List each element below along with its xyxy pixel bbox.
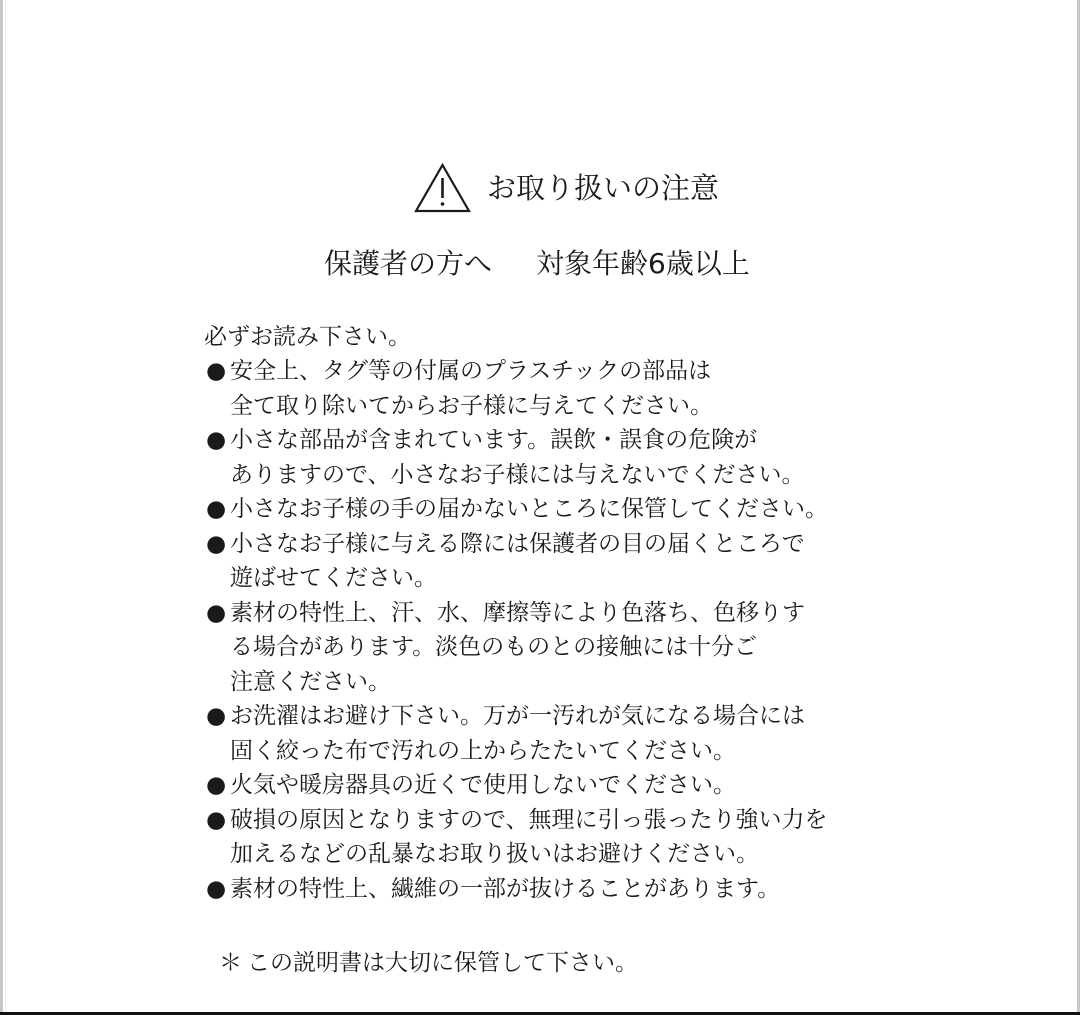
caution-item: ● 素材の特性上、繊維の一部が抜けることがあります。 bbox=[204, 872, 904, 907]
bullet-icon: ● bbox=[206, 699, 226, 734]
footer-note: ＊この説明書は大切に保管して下さい。 bbox=[219, 946, 638, 980]
caution-line: 小さなお子様に与える際には保護者の目の届くところで bbox=[230, 527, 904, 562]
bullet-icon: ● bbox=[206, 768, 226, 803]
left-border-inner bbox=[5, 0, 6, 1015]
audience-label: 保護者の方へ bbox=[324, 247, 492, 280]
bullet-icon: ● bbox=[206, 803, 226, 838]
caution-line: 素材の特性上、繊維の一部が抜けることがあります。 bbox=[230, 872, 904, 907]
footer-note-text: この説明書は大切に保管して下さい。 bbox=[247, 950, 638, 976]
caution-line: 固く絞った布で汚れの上からたたいてください。 bbox=[230, 734, 904, 769]
caution-line: 加えるなどの乱暴なお取り扱いはお避けください。 bbox=[230, 837, 904, 872]
bullet-icon: ● bbox=[206, 872, 226, 907]
caution-line: 全て取り除いてからお子様に与えてください。 bbox=[230, 389, 904, 424]
notice-lead: 必ずお読み下さい。 bbox=[204, 320, 904, 354]
document-header: お取り扱いの注意 bbox=[414, 163, 719, 213]
caution-line: 安全上、タグ等の付属のプラスチックの部品は bbox=[230, 354, 904, 389]
bullet-icon: ● bbox=[206, 423, 226, 458]
caution-item: ● 小さなお子様に与える際には保護者の目の届くところで 遊ばせてください。 bbox=[204, 527, 904, 596]
caution-item: ● 小さなお子様の手の届かないところに保管してください。 bbox=[204, 492, 904, 527]
bullet-icon: ● bbox=[206, 596, 226, 631]
bullet-icon: ● bbox=[206, 354, 226, 389]
caution-list: ● 安全上、タグ等の付属のプラスチックの部品は 全て取り除いてからお子様に与えて… bbox=[204, 354, 904, 906]
caution-item: ● 小さな部品が含まれています。誤飲・誤食の危険が ありますので、小さなお子様に… bbox=[204, 423, 904, 492]
caution-item: ● 破損の原因となりますので、無理に引っ張ったり強い力を 加えるなどの乱暴なお取… bbox=[204, 803, 904, 872]
bullet-icon: ● bbox=[206, 527, 226, 562]
caution-item: ● 素材の特性上、汗、水、摩擦等により色落ち、色移りす る場合があります。淡色の… bbox=[204, 596, 904, 700]
caution-line: 注意ください。 bbox=[230, 665, 904, 700]
caution-line: 小さなお子様の手の届かないところに保管してください。 bbox=[230, 492, 904, 527]
caution-notice: 必ずお読み下さい。 ● 安全上、タグ等の付属のプラスチックの部品は 全て取り除い… bbox=[204, 320, 904, 906]
caution-line: る場合があります。淡色のものとの接触には十分ご bbox=[230, 630, 904, 665]
caution-line: 遊ばせてください。 bbox=[230, 561, 904, 596]
page-title: お取り扱いの注意 bbox=[487, 163, 719, 213]
subtitle-row: 保護者の方へ対象年齢6歳以上 bbox=[324, 244, 750, 284]
caution-line: 火気や暖房器具の近くで使用しないでください。 bbox=[230, 768, 904, 803]
caution-item: ● 安全上、タグ等の付属のプラスチックの部品は 全て取り除いてからお子様に与えて… bbox=[204, 354, 904, 423]
caution-item: ● 火気や暖房器具の近くで使用しないでください。 bbox=[204, 768, 904, 803]
bullet-icon: ● bbox=[206, 492, 226, 527]
caution-line: 素材の特性上、汗、水、摩擦等により色落ち、色移りす bbox=[230, 596, 904, 631]
caution-line: 小さな部品が含まれています。誤飲・誤食の危険が bbox=[230, 423, 904, 458]
caution-line: お洗濯はお避け下さい。万が一汚れが気になる場合には bbox=[230, 699, 904, 734]
age-target-label: 対象年齢6歳以上 bbox=[536, 247, 750, 280]
caution-line: 破損の原因となりますので、無理に引っ張ったり強い力を bbox=[230, 803, 904, 838]
asterisk-icon: ＊ bbox=[219, 946, 247, 980]
left-border bbox=[0, 0, 3, 1015]
caution-item: ● お洗濯はお避け下さい。万が一汚れが気になる場合には 固く絞った布で汚れの上か… bbox=[204, 699, 904, 768]
warning-triangle-icon bbox=[414, 163, 471, 213]
caution-line: ありますので、小さなお子様には与えないでください。 bbox=[230, 458, 904, 493]
